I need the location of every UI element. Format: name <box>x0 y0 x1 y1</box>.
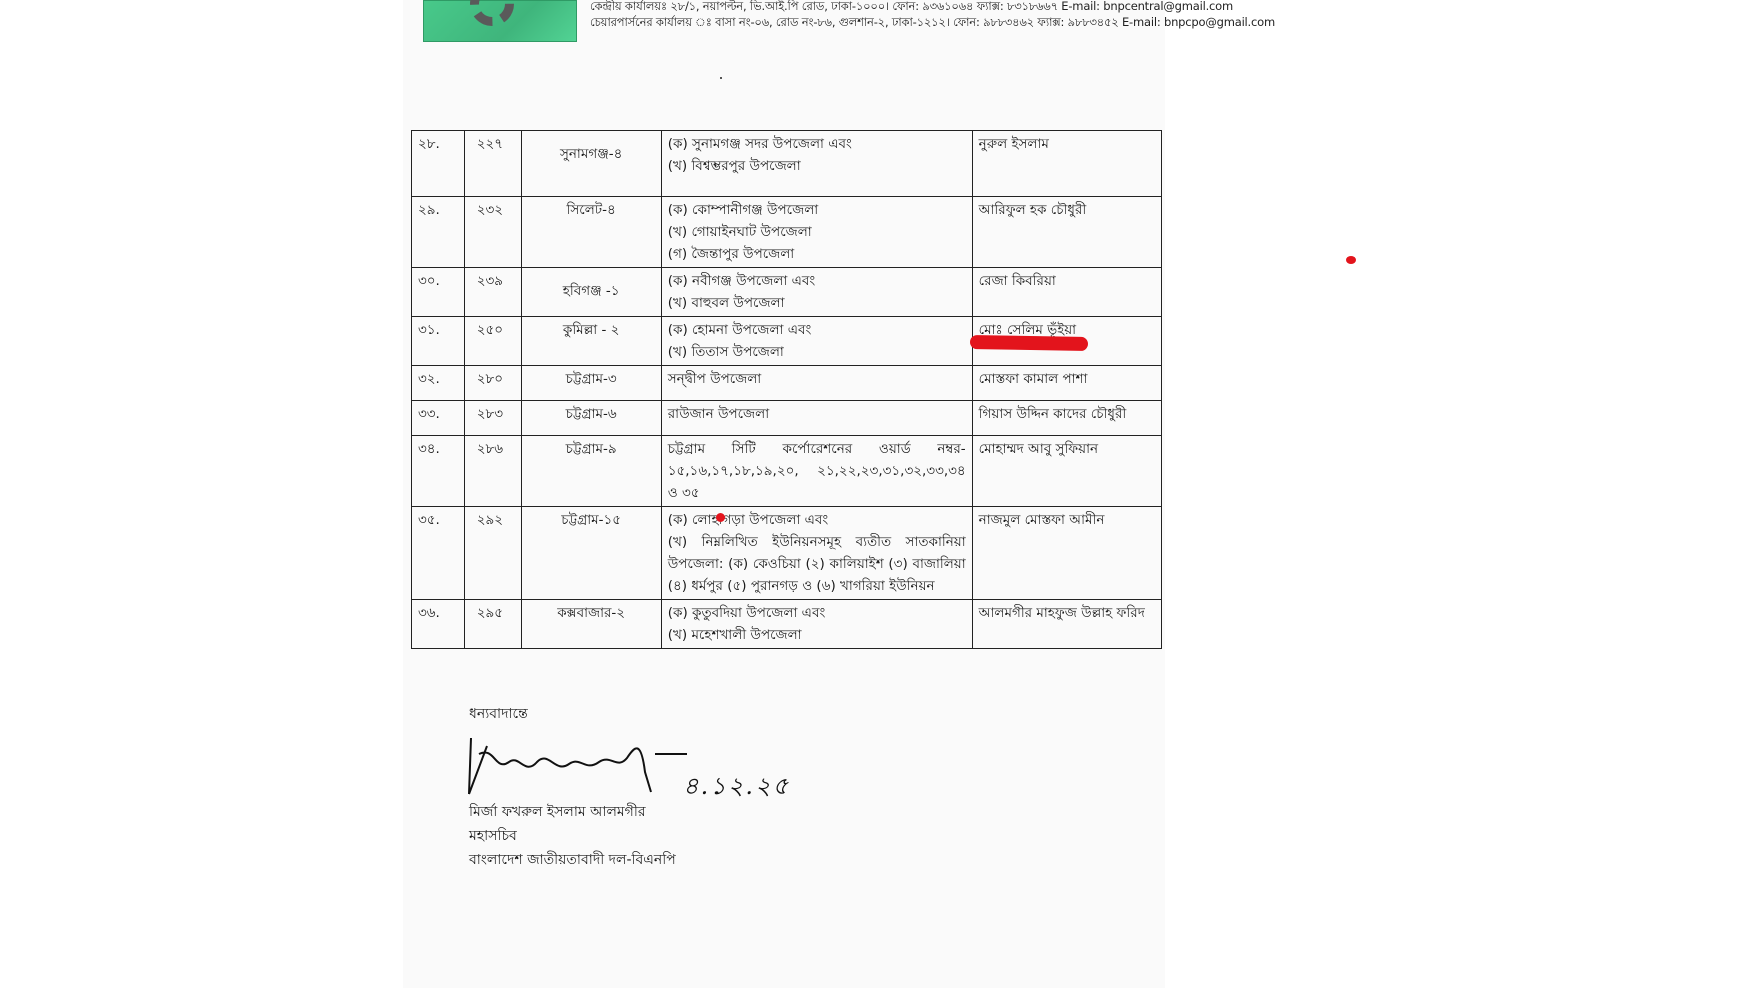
candidate-cell: মোহাম্মদ আবু সুফিয়ান <box>972 436 1161 507</box>
area-cell: (ক) কোম্পানীগঞ্জ উপজেলা(খ) গোয়াইনঘাট উপ… <box>661 197 972 268</box>
area-cell: রাউজান উপজেলা <box>661 401 972 436</box>
candidate-cell: মোস্তফা কামাল পাশা <box>972 366 1161 401</box>
area-line: (খ) বাহুবল উপজেলা <box>668 292 966 314</box>
candidate-cell: রেজা কিবরিয়া <box>972 268 1161 317</box>
constituency-cell: সিলেট-৪ <box>521 197 661 268</box>
signature <box>465 732 695 802</box>
table-row: ৩৫.২৯২চট্টগ্রাম-১৫(ক) লোহাগড়া উপজেলা এব… <box>412 507 1162 600</box>
serial-cell: ৩৪. <box>412 436 465 507</box>
candidate-cell: আরিফুল হক চৌধুরী <box>972 197 1161 268</box>
serial-cell: ৩২. <box>412 366 465 401</box>
area-line: (ক) কুতুবদিয়া উপজেলা এবং <box>668 602 966 624</box>
area-line: (খ) নিম্নলিখিত ইউনিয়নসমূহ ব্যতীত সাতকান… <box>668 531 966 597</box>
scan-speck <box>720 77 722 79</box>
area-line: (ক) লোহাগড়া উপজেলা এবং <box>668 509 966 531</box>
seat-number-cell: ২৮০ <box>464 366 521 401</box>
seat-number-cell: ২৯৫ <box>464 600 521 649</box>
area-line: (ক) হোমনা উপজেলা এবং <box>668 319 966 341</box>
table-row: ৩২.২৮০চট্টগ্রাম-৩সন্দ্বীপ উপজেলামোস্তফা … <box>412 366 1162 401</box>
constituency-cell: চট্টগ্রাম-৩ <box>521 366 661 401</box>
red-dot-mark <box>716 513 725 522</box>
seat-number-cell: ২৮৬ <box>464 436 521 507</box>
signature-date: ৪.১২.২৫ <box>683 768 790 808</box>
table-row: ২৯.২৩২সিলেট-৪(ক) কোম্পানীগঞ্জ উপজেলা(খ) … <box>412 197 1162 268</box>
area-cell: (ক) সুনামগঞ্জ সদর উপজেলা এবং(খ) বিশ্বম্ভ… <box>661 131 972 197</box>
table-row: ৩৩.২৮৩চট্টগ্রাম-৬রাউজান উপজেলাগিয়াস উদ্… <box>412 401 1162 436</box>
constituency-name: সুনামগঞ্জ-৪ <box>528 133 655 165</box>
area-line: সন্দ্বীপ উপজেলা <box>668 368 966 390</box>
area-cell: (ক) নবীগঞ্জ উপজেলা এবং(খ) বাহুবল উপজেলা <box>661 268 972 317</box>
area-cell: সন্দ্বীপ উপজেলা <box>661 366 972 401</box>
highlight-underline-mark <box>970 335 1088 351</box>
constituency-cell: কুমিল্লা - ২ <box>521 317 661 366</box>
seat-number-cell: ২৮৩ <box>464 401 521 436</box>
candidate-cell: নুরুল ইসলাম <box>972 131 1161 197</box>
area-line: রাউজান উপজেলা <box>668 403 966 425</box>
serial-cell: ৩৩. <box>412 401 465 436</box>
candidate-cell: গিয়াস উদ্দিন কাদের চৌধুরী <box>972 401 1161 436</box>
table-row: ২৮.২২৭সুনামগঞ্জ-৪(ক) সুনামগঞ্জ সদর উপজেল… <box>412 131 1162 197</box>
table-row: ৩৪.২৮৬চট্টগ্রাম-৯চট্টগ্রাম সিটি কর্পোরেশ… <box>412 436 1162 507</box>
area-line: (ক) কোম্পানীগঞ্জ উপজেলা <box>668 199 966 221</box>
area-line: (ক) নবীগঞ্জ উপজেলা এবং <box>668 270 966 292</box>
serial-cell: ৩০. <box>412 268 465 317</box>
constituency-name: কুমিল্লা - ২ <box>563 322 620 338</box>
table-row: ৩০.২৩৯হবিগঞ্জ -১(ক) নবীগঞ্জ উপজেলা এবং(খ… <box>412 268 1162 317</box>
candidate-cell: আলমগীর মাহফুজ উল্লাহ ফরিদ <box>972 600 1161 649</box>
area-line: (খ) মহেশখালী উপজেলা <box>668 624 966 646</box>
constituency-name: চট্টগ্রাম-১৫ <box>561 512 621 528</box>
serial-cell: ২৯. <box>412 197 465 268</box>
constituency-cell: চট্টগ্রাম-৬ <box>521 401 661 436</box>
candidate-cell: নাজমুল মোস্তফা আমীন <box>972 507 1161 600</box>
seat-number-cell: ২৩৯ <box>464 268 521 317</box>
seat-number-cell: ২৫০ <box>464 317 521 366</box>
area-line: (খ) বিশ্বম্ভরপুর উপজেলা <box>668 155 966 177</box>
area-line: (গ) জৈন্তাপুর উপজেলা <box>668 243 966 265</box>
constituency-cell: সুনামগঞ্জ-৪ <box>521 131 661 197</box>
red-dot-mark <box>1346 256 1356 264</box>
signatory-title: মহাসচিব <box>469 824 517 848</box>
area-cell: চট্টগ্রাম সিটি কর্পোরেশনের ওয়ার্ড নম্বর… <box>661 436 972 507</box>
constituency-name: চট্টগ্রাম-৯ <box>566 441 617 457</box>
serial-cell: ৩৬. <box>412 600 465 649</box>
table-row: ৩৬.২৯৫কক্সবাজার-২(ক) কুতুবদিয়া উপজেলা এ… <box>412 600 1162 649</box>
area-line: (ক) সুনামগঞ্জ সদর উপজেলা এবং <box>668 133 966 155</box>
serial-cell: ৩১. <box>412 317 465 366</box>
constituency-name: সিলেট-৪ <box>567 202 616 218</box>
constituency-cell: চট্টগ্রাম-১৫ <box>521 507 661 600</box>
serial-cell: ২৮. <box>412 131 465 197</box>
area-line: (খ) গোয়াইনঘাট উপজেলা <box>668 221 966 243</box>
signatory-organization: বাংলাদেশ জাতীয়তাবাদী দল-বিএনপি <box>469 848 676 872</box>
constituency-cell: হবিগঞ্জ -১ <box>521 268 661 317</box>
closing-thanks: ধন্যবাদান্তে <box>469 702 528 726</box>
seat-number-cell: ২৩২ <box>464 197 521 268</box>
signatory-name: মির্জা ফখরুল ইসলাম আলমগীর <box>469 800 646 824</box>
seat-number-cell: ২২৭ <box>464 131 521 197</box>
constituency-name: হবিগঞ্জ -১ <box>528 270 655 302</box>
candidate-table: ২৮.২২৭সুনামগঞ্জ-৪(ক) সুনামগঞ্জ সদর উপজেল… <box>411 130 1162 649</box>
chairperson-office-address: চেয়ারপার্সনের কার্যালয় ঃ বাসা নং-০৬, র… <box>590 14 1275 33</box>
seat-number-cell: ২৯২ <box>464 507 521 600</box>
area-line: চট্টগ্রাম সিটি কর্পোরেশনের ওয়ার্ড নম্বর… <box>668 438 966 504</box>
area-cell: (ক) হোমনা উপজেলা এবং(খ) তিতাস উপজেলা <box>661 317 972 366</box>
area-line: (খ) তিতাস উপজেলা <box>668 341 966 363</box>
constituency-name: চট্টগ্রাম-৩ <box>566 371 617 387</box>
area-cell: (ক) লোহাগড়া উপজেলা এবং(খ) নিম্নলিখিত ইউ… <box>661 507 972 600</box>
area-cell: (ক) কুতুবদিয়া উপজেলা এবং(খ) মহেশখালী উপ… <box>661 600 972 649</box>
serial-cell: ৩৫. <box>412 507 465 600</box>
constituency-cell: কক্সবাজার-২ <box>521 600 661 649</box>
constituency-name: কক্সবাজার-২ <box>557 605 625 621</box>
constituency-name: চট্টগ্রাম-৬ <box>566 406 617 422</box>
constituency-cell: চট্টগ্রাম-৯ <box>521 436 661 507</box>
